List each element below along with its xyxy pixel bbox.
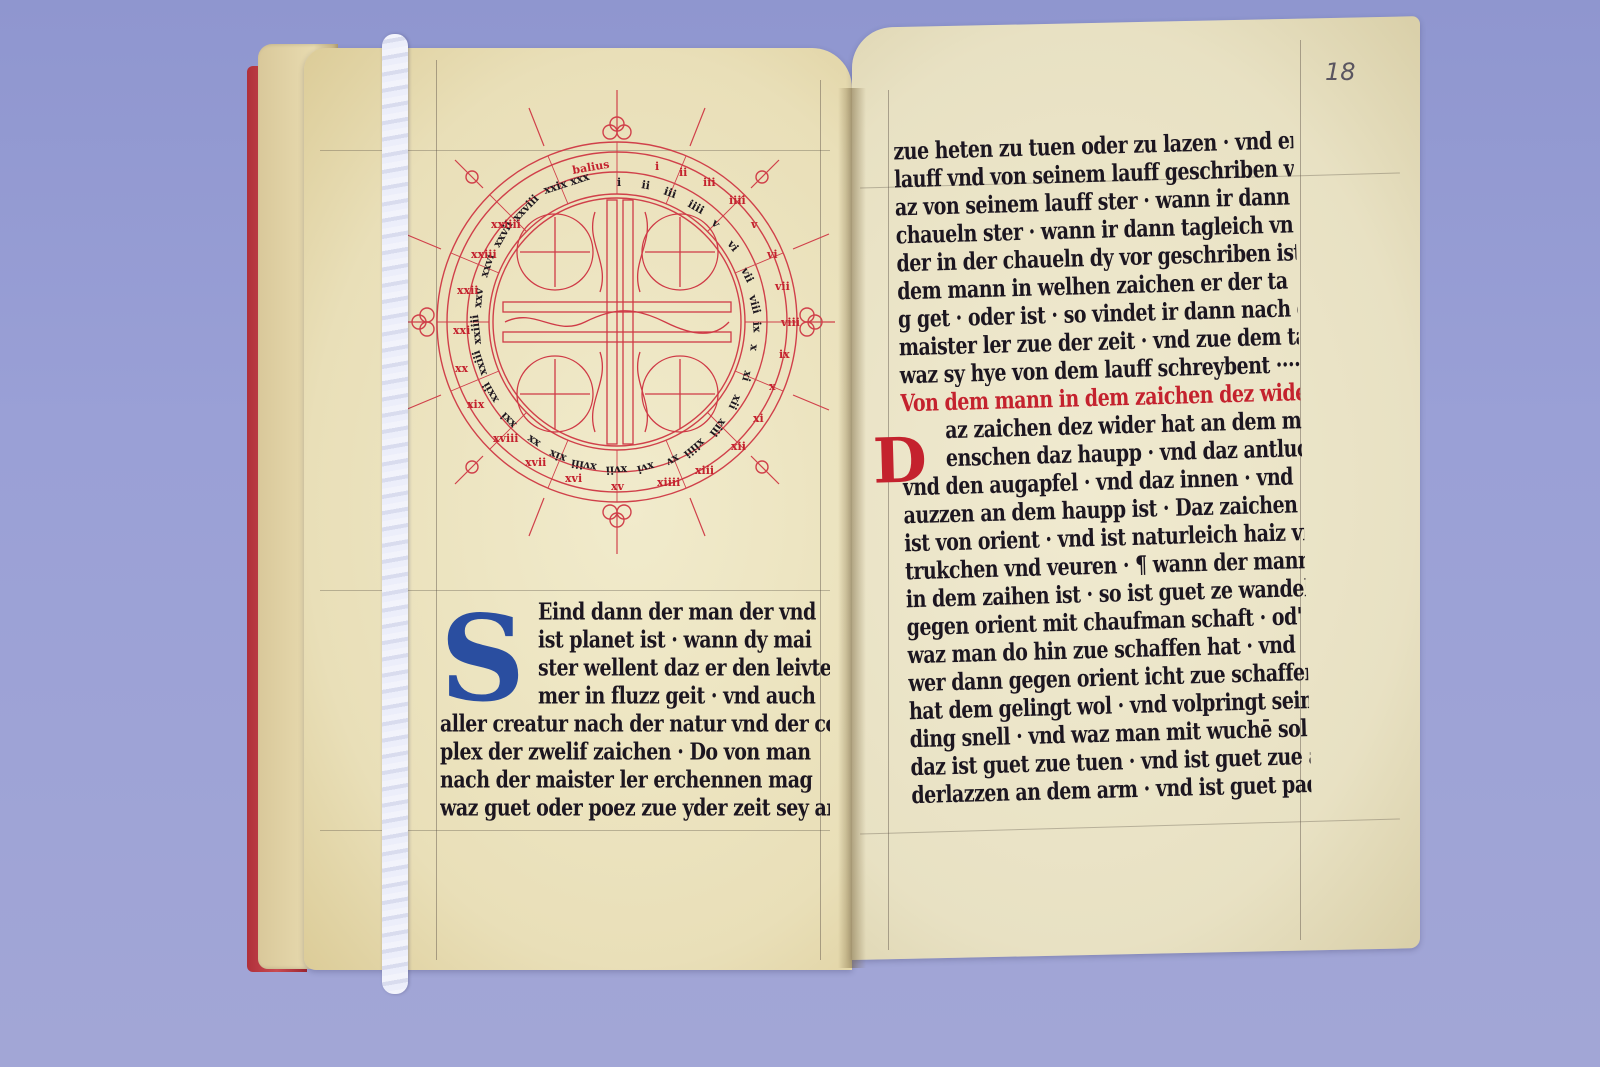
svg-text:iii: iii [703, 176, 716, 189]
svg-text:viii: viii [780, 316, 800, 329]
svg-text:xx: xx [455, 362, 469, 375]
svg-text:xiii: xiii [707, 416, 729, 439]
svg-text:xxi: xxi [498, 409, 519, 430]
right-text-block: zue heten zu tuen oder zu lazen · vnd er… [893, 127, 1312, 810]
svg-text:xvii: xvii [606, 463, 628, 477]
text-line: waz guet oder poez zue yder zeit sey an [440, 791, 830, 826]
folio-number: 18 [1325, 58, 1356, 86]
diagram-numerals: xxix xxx i ii iii iiii v vi vii viii ix … [468, 170, 764, 477]
svg-text:xix: xix [467, 398, 485, 411]
svg-text:x: x [747, 344, 761, 352]
svg-text:xviii: xviii [493, 432, 519, 445]
svg-text:xiiii: xiiii [681, 436, 707, 461]
svg-text:ii: ii [679, 166, 687, 179]
svg-text:i: i [617, 176, 621, 189]
svg-text:x: x [769, 380, 776, 393]
svg-text:ix: ix [750, 321, 764, 333]
svg-text:vi: vi [724, 237, 741, 254]
initial-d: D [872, 429, 927, 492]
svg-text:ix: ix [779, 348, 790, 361]
book-gutter [838, 88, 866, 968]
svg-text:xxiiii: xxiiii [468, 314, 484, 345]
svg-text:xii: xii [726, 393, 744, 412]
svg-text:iiii: iiii [686, 197, 707, 217]
svg-text:vii: vii [774, 280, 790, 293]
ruling-line [888, 90, 889, 950]
left-text-block: Eind dann der man der vnd ist planet ist… [440, 598, 830, 822]
svg-text:xxiii: xxiii [471, 248, 497, 261]
svg-text:xx: xx [524, 432, 543, 450]
binding-cord [382, 34, 408, 994]
svg-text:xxi: xxi [453, 324, 470, 337]
svg-text:xiiii: xiiii [657, 476, 680, 489]
svg-text:iii: iii [662, 185, 678, 202]
diagram-center-ornament [503, 200, 731, 444]
svg-text:xv: xv [664, 451, 682, 469]
svg-text:ii: ii [640, 178, 650, 192]
svg-text:xi: xi [753, 412, 764, 425]
svg-text:xvi: xvi [636, 459, 656, 476]
svg-text:vii: vii [738, 265, 757, 285]
svg-text:xxii: xxii [457, 284, 478, 297]
svg-text:xiii: xiii [695, 464, 714, 477]
svg-text:xix: xix [547, 447, 568, 466]
volvelle-diagram: xxix xxx i ii iii iiii v vi vii viii ix … [395, 82, 835, 562]
svg-text:vi: vi [766, 248, 778, 261]
svg-text:xvii: xvii [525, 456, 546, 469]
svg-text:xxiii: xxiii [470, 349, 490, 377]
svg-text:i: i [655, 160, 659, 173]
svg-text:xvi: xvi [565, 472, 582, 485]
svg-text:iiii: iiii [729, 194, 746, 207]
svg-text:v: v [750, 218, 758, 231]
svg-text:xv: xv [611, 480, 625, 493]
svg-text:viii: viii [746, 293, 763, 315]
svg-text:xi: xi [739, 369, 754, 383]
svg-text:xii: xii [731, 440, 746, 453]
svg-text:xxiiii: xxiiii [491, 218, 521, 231]
